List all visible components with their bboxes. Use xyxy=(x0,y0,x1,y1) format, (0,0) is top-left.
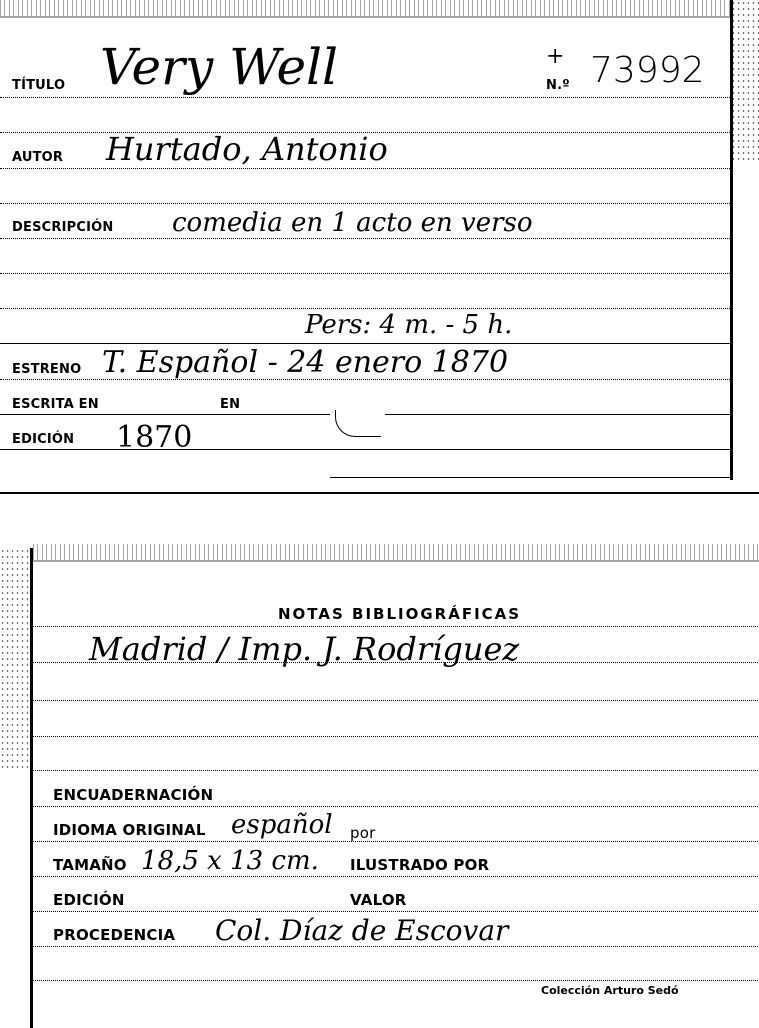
estreno-label: ESTRENO xyxy=(12,362,81,377)
titulo-line xyxy=(0,97,730,98)
escrita-en-line xyxy=(0,414,330,415)
handwritten-bracket-mark xyxy=(335,410,381,437)
ruled-line xyxy=(33,626,759,627)
ruled-line xyxy=(33,980,759,981)
ruled-line xyxy=(0,343,730,344)
autor-value: Hurtado, Antonio xyxy=(106,130,388,168)
titulo-label: TÍTULO xyxy=(12,78,65,93)
idioma-original-label: IDIOMA ORIGINAL xyxy=(53,821,206,839)
tamano-line xyxy=(33,876,759,877)
descripcion-label: DESCRIPCIÓN xyxy=(12,220,113,235)
autor-label: AUTOR xyxy=(12,150,63,165)
descripcion-line xyxy=(0,238,730,239)
catalog-card-front: TÍTULO Very Well + N.º 73992 AUTOR Hurta… xyxy=(0,0,733,480)
idioma-line xyxy=(33,841,759,842)
notas-value: Madrid / Imp. J. Rodríguez xyxy=(89,630,519,668)
ruled-line xyxy=(33,736,759,737)
ilustrado-por-label: ILUSTRADO POR xyxy=(350,856,489,874)
por-label: por xyxy=(350,824,375,842)
numero-cross-mark: + xyxy=(546,44,564,69)
en-line xyxy=(385,414,730,415)
ruled-line xyxy=(0,273,730,274)
edicion-back-line xyxy=(33,911,759,912)
edicion-value: 1870 xyxy=(116,420,192,455)
numero-value: 73992 xyxy=(590,50,705,91)
notas-bibliograficas-heading: NOTAS BIBLIOGRÁFICAS xyxy=(278,605,521,623)
card-separator xyxy=(0,492,759,494)
card-bottom-edge xyxy=(330,477,730,478)
escrita-en-label: ESCRITA EN xyxy=(12,397,99,412)
encuadernacion-line xyxy=(33,806,759,807)
edicion-back-label: EDICIÓN xyxy=(53,891,125,909)
ruled-line xyxy=(0,203,730,204)
procedencia-value: Col. Díaz de Escovar xyxy=(215,914,508,947)
scan-noise-top xyxy=(33,544,759,562)
en-label: EN xyxy=(220,397,240,412)
catalog-card-back: NOTAS BIBLIOGRÁFICAS Madrid / Imp. J. Ro… xyxy=(30,548,759,1028)
procedencia-label: PROCEDENCIA xyxy=(53,926,175,944)
scan-noise-right xyxy=(731,0,759,160)
edicion-label: EDICIÓN xyxy=(12,432,74,447)
idioma-original-value: español xyxy=(231,810,333,840)
autor-line xyxy=(0,168,730,169)
descripcion-value: comedia en 1 acto en verso xyxy=(172,208,533,238)
titulo-value: Very Well xyxy=(100,38,338,96)
ruled-line xyxy=(33,700,759,701)
collection-credit: Colección Arturo Sedó xyxy=(541,984,679,997)
tamano-value: 18,5 x 13 cm. xyxy=(141,846,319,876)
scan-noise-top xyxy=(0,0,730,18)
encuadernacion-label: ENCUADERNACIÓN xyxy=(53,786,213,804)
ruled-line xyxy=(33,770,759,771)
scan-noise-left xyxy=(0,548,30,768)
tamano-label: TAMAÑO xyxy=(53,856,127,874)
numero-label: N.º xyxy=(546,78,570,93)
edicion-line xyxy=(0,449,730,450)
ruled-line xyxy=(0,308,730,309)
valor-label: VALOR xyxy=(350,891,407,909)
estreno-value: T. Español - 24 enero 1870 xyxy=(102,345,508,380)
personajes-value: Pers: 4 m. - 5 h. xyxy=(305,310,512,340)
